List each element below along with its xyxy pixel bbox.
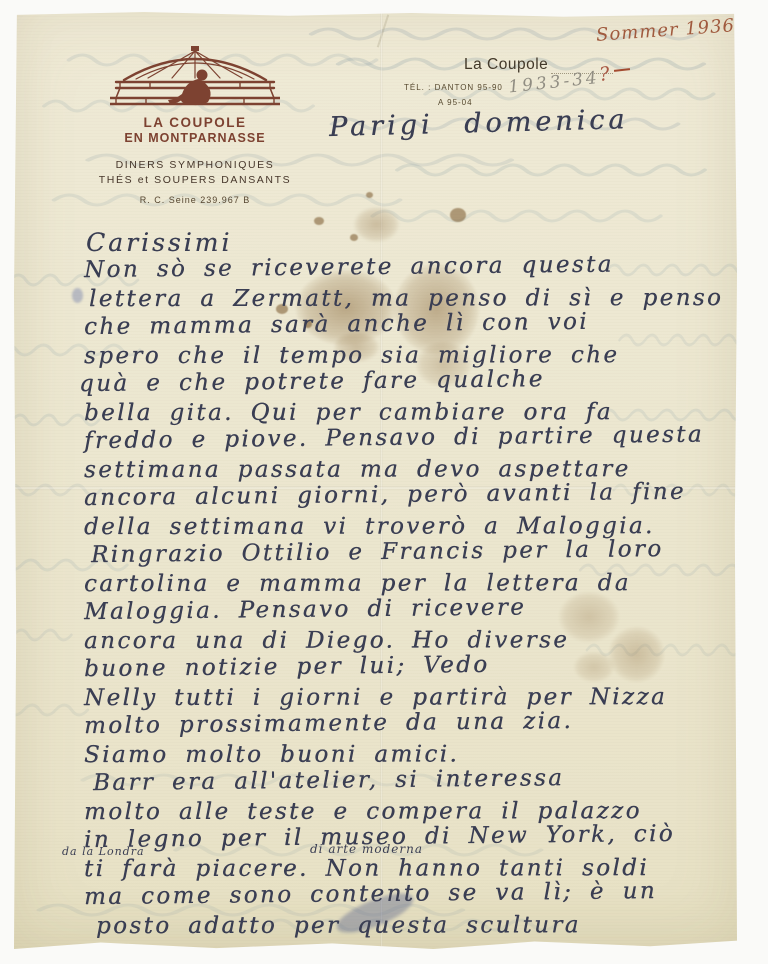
pencil-question-mark: ? [598, 63, 613, 86]
letterhead-block: LA COUPOLE EN MONTPARNASSE DINERS SYMPHO… [95, 46, 295, 205]
letter-line: freddo e piove. Pensavo di partire quest… [84, 420, 724, 455]
letter-line: quà e che potrete fare qualche [79, 363, 724, 398]
letter-line: Ringrazio Ottilio e Francis per la loro [91, 534, 724, 569]
interline-note-left: da la Londra [62, 845, 145, 858]
letterhead-services-line2: THÉS et SOUPERS DANSANTS [95, 173, 295, 188]
letterhead-brand-line1: LA COUPOLE [95, 115, 295, 130]
stain-blob [354, 207, 399, 242]
top-crease [377, 15, 389, 48]
ink-dot [72, 288, 83, 303]
letter-line: buone notizie per lui; Vedo [84, 648, 724, 683]
letter-photograph: { "letterhead": { "brand_line1": "LA COU… [0, 0, 768, 964]
pencil-date-text: 1933-34 [507, 68, 600, 97]
letter-line: ancora alcuni giorni, però avanti la fin… [84, 477, 724, 512]
stain-speck [366, 192, 373, 198]
letter-line: Non sò se riceverete ancora questa [84, 249, 724, 284]
letterhead-telephone-line2: A 95-04 [438, 98, 473, 107]
annotation-sommer-1936: Sommer 1936 [595, 15, 735, 46]
letterhead-brand-line2: EN MONTPARNASSE [95, 131, 295, 145]
coupole-dome-logo-icon [110, 46, 280, 108]
interline-note-right: di arte moderna [310, 842, 423, 856]
letter-line: Maloggia. Pensavo di ricevere [84, 591, 724, 626]
letterhead-services-line1: DINERS SYMPHONIQUES [95, 158, 295, 173]
letter-greeting: Carissimi [86, 228, 232, 257]
letter-line: ma come sono contento se va lì; è un [84, 876, 724, 911]
letter-line: che mamma sarà anche lì con voi [84, 306, 724, 341]
letter-sheet: LA COUPOLE EN MONTPARNASSE DINERS SYMPHO… [14, 12, 737, 950]
letter-line: posto adatto per questa scultura [96, 910, 724, 940]
handwritten-dateline: Parigi domenica [329, 104, 629, 143]
letter-line: Barr era all'atelier, si interessa [93, 762, 724, 797]
letter-line: molto prossimamente da una zia. [84, 705, 724, 740]
letterhead-registration: R. C. Seine 239.967 B [95, 195, 295, 205]
letter-body: Non sò se riceverete ancora questa lette… [84, 256, 724, 940]
stain-speck [314, 217, 324, 225]
stain-speck [350, 234, 358, 241]
letterhead-telephone-line1: TÉL. : DANTON 95-90 [404, 83, 503, 92]
stain-speck [450, 208, 466, 222]
red-pencil-dash [614, 68, 630, 72]
